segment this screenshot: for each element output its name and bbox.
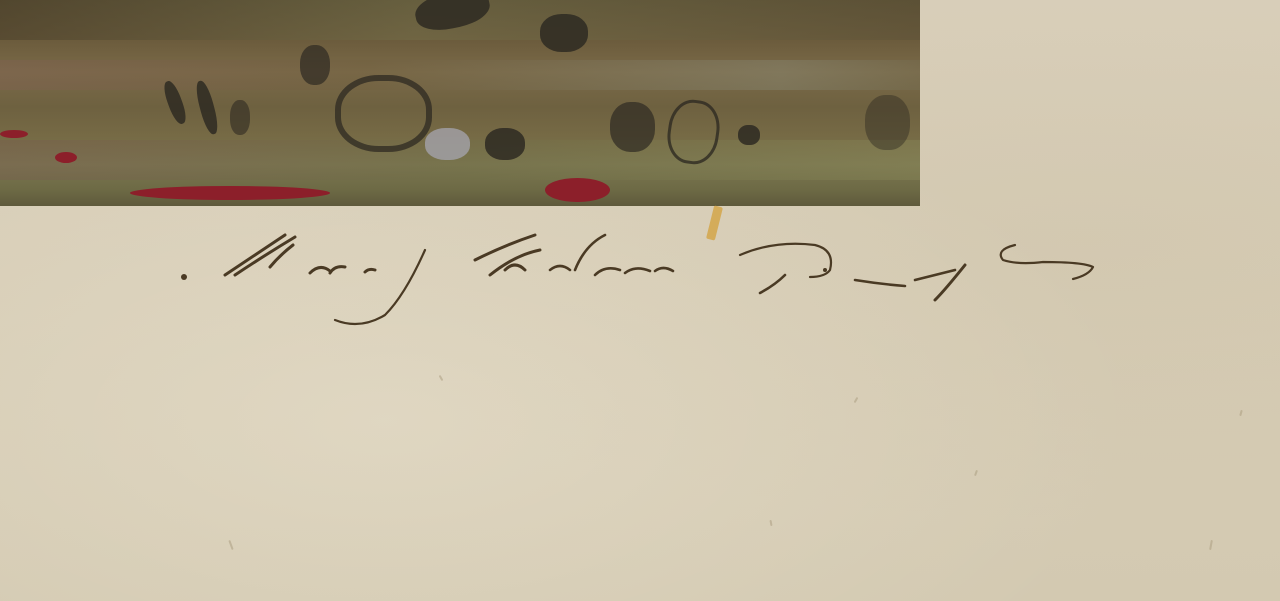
grass-tuft xyxy=(230,100,250,135)
red-accent xyxy=(0,130,28,138)
rock xyxy=(335,75,432,152)
signature-text: Mary Webster Pinxt xyxy=(175,215,1095,335)
handwritten-signature: Mary Webster Pinxt xyxy=(175,215,1095,335)
rock xyxy=(610,102,655,152)
rock xyxy=(540,14,588,52)
rock xyxy=(300,45,330,85)
blue-grey-patch xyxy=(425,128,470,160)
red-accent xyxy=(545,178,610,202)
red-accent xyxy=(55,152,77,163)
red-accent xyxy=(130,186,330,200)
pebble xyxy=(738,125,760,145)
rock xyxy=(865,95,910,150)
watercolor-painting xyxy=(0,0,920,206)
rock xyxy=(485,128,525,160)
